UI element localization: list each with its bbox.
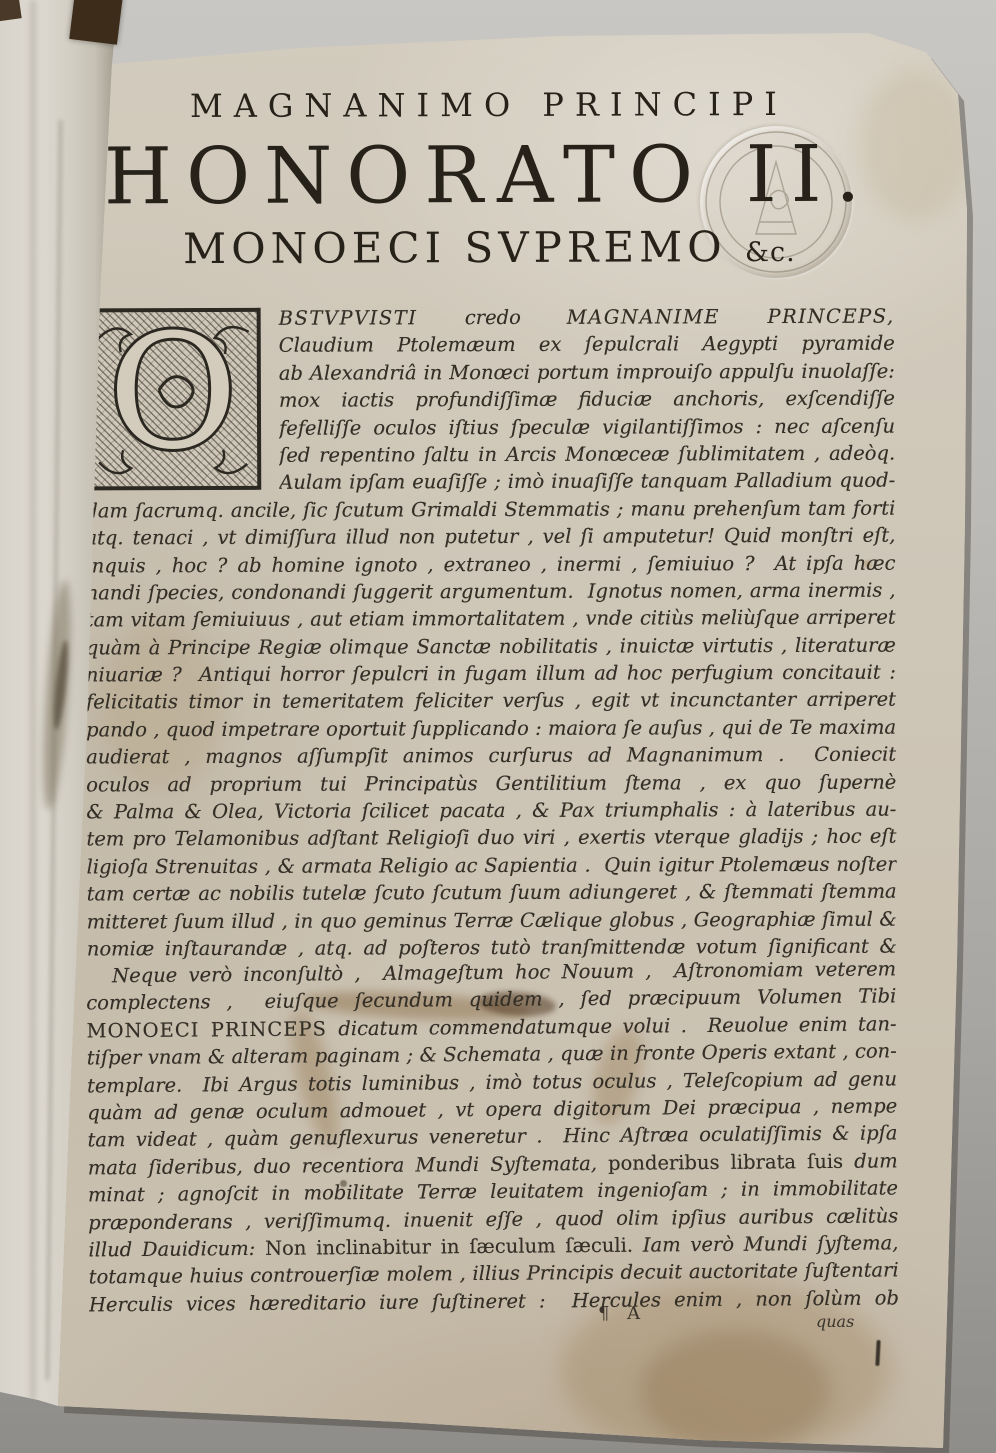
text-block: MAGNANIMO PRINCIPI HONORATO II. MONOECI … [84,85,898,1319]
paragraph: O BSTVPVISTI credo MAGNANIME PRINCEPS,Cl… [85,303,897,963]
text-line: fefelliſſe oculos iſtius ſpeculæ vigilan… [279,412,895,442]
text-segment: Claudium Ptolemæum ex ſepulcrali Aegypti… [279,332,895,360]
ink-mark [875,1340,880,1366]
text-segment: quàm à Principe Regiæ olimque Sanctæ nob… [86,633,896,661]
text-line: dam ſacrumq. ancile, ſic ſcutum Grimaldi… [85,494,895,524]
paragraph: Neque verò inconſultò , Almageſtum hoc N… [86,956,899,1319]
text-segment: nandi ſpecies, condonandi ſuggerit argum… [86,578,896,606]
body-text: O BSTVPVISTI credo MAGNANIME PRINCEPS,Cl… [85,303,899,1319]
text-segment: audierat , magnos aſſumpſit animos curſu… [86,743,896,771]
drop-cap-letter: O [108,314,238,472]
book-photo: MAGNANIMO PRINCIPI HONORATO II. MONOECI … [0,0,996,1453]
text-segment: dicatum commendatumque volui . Reuolue e… [338,1013,896,1041]
text-line: inquis , hoc ? ab homine ignoto , extran… [85,549,895,579]
dedication-title-line1: MAGNANIMO PRINCIPI [84,85,894,126]
text-segment: credo [465,306,567,329]
text-segment: atq. tenaci , vt dimiſſura illud non put… [85,524,895,550]
text-line: quàm à Principe Regiæ olimque Sanctæ nob… [86,631,896,661]
text-segment: MAGNANIME PRINCEPS, [567,305,895,329]
text-line: niuariæ ? Antiqui horror ſepulcri in fug… [86,659,896,689]
text-line: mitteret ſuum illud , in quo geminus Ter… [87,905,897,935]
binding-spine-corner [69,0,122,45]
text-segment: Non inclinabitur in ſæculum ſæculi. [265,1234,643,1260]
woodcut-drop-cap: O [85,308,262,491]
text-line: Claudium Ptolemæum ex ſepulcrali Aegypti… [279,330,895,360]
dedication-title-line2: HONORATO II. [84,133,894,220]
text-segment: mitteret ſuum illud , in quo geminus Ter… [87,907,897,935]
text-line: felicitatis timor in temeritatem felicit… [86,686,896,716]
text-segment: niuariæ ? Antiqui horror ſepulcri in fug… [86,661,896,689]
paper-crease [30,0,36,1400]
dedication-title-line3: MONOECI SVPREMO &c. [84,223,894,280]
binding-spine-corner [0,0,22,22]
text-segment: Iam verò Mundi ſyſtema, [643,1232,899,1257]
text-line: mox iactis profundiſſimæ fiduciæ anchori… [279,385,895,415]
text-segment: tam vitam ſemiuiuus , aut etiam immortal… [86,606,896,634]
text-segment: oculos ad proprium tui Principatùs Genti… [86,770,896,798]
text-segment: & Palma & Olea, Victoria ſcilicet pacata… [86,798,896,824]
title-line3-main: MONOECI SVPREMO [183,222,727,273]
text-line: BSTVPVISTI credo MAGNANIME PRINCEPS, [279,303,895,333]
text-segment: Herculis vices hæreditario iure ſuſtiner… [89,1286,899,1319]
title-line3-etc: &c. [745,237,796,268]
text-line: audierat , magnos aſſumpſit animos curſu… [86,741,896,771]
text-segment: mata ſideribus, duo recentiora Mundi Syſ… [88,1152,609,1180]
text-line: pando , quod impetrare oportuit ſupplica… [86,713,896,743]
text-segment: ab Alexandriâ in Monœci portum improuiſo… [279,359,895,384]
text-segment: illud Dauidicum: [88,1237,265,1262]
text-segment: fefelliſſe oculos iſtius ſpeculæ vigilan… [279,414,895,442]
text-segment: inquis , hoc ? ab homine ignoto , extran… [85,551,895,579]
book-page: MAGNANIMO PRINCIPI HONORATO II. MONOECI … [0,0,996,1453]
stain [640,1330,830,1450]
text-segment: BSTVPVISTI [279,306,465,330]
text-segment: tam certæ ac nobilis tutelæ ſcuto ſcutum… [87,880,897,908]
text-segment: tem pro Telamonibus adſtant Religioſi du… [86,825,896,853]
text-segment: MONOECI PRINCEPS [86,1017,338,1042]
text-line: tem pro Telamonibus adſtant Religioſi du… [86,823,896,853]
text-segment: ligioſa Strenuitas , & armata Religio ac… [87,852,897,878]
text-line: atq. tenaci , vt dimiſſura illud non put… [85,522,895,552]
text-line: ligioſa Strenuitas , & armata Religio ac… [87,850,897,880]
text-segment: felicitatis timor in temeritatem felicit… [86,688,896,716]
text-line: tam vitam ſemiuiuus , aut etiam immortal… [86,604,896,634]
text-line: ſed repentino ſaltu in Arcis Monœceæ ſub… [279,440,895,470]
text-segment: pando , quod impetrare oportuit ſupplica… [86,715,896,741]
text-segment: mox iactis profundiſſimæ fiduciæ anchori… [279,387,895,415]
text-line: nandi ſpecies, condonandi ſuggerit argum… [86,576,896,606]
text-line: & Palma & Olea, Victoria ſcilicet pacata… [86,796,896,826]
text-line: tam certæ ac nobilis tutelæ ſcuto ſcutum… [87,878,897,908]
text-line: Aulam ipſam euaſiſſe ; imò inuaſiſſe tan… [279,467,895,497]
text-segment: dam ſacrumq. ancile, ſic ſcutum Grimaldi… [85,496,895,522]
text-segment: ſed repentino ſaltu in Arcis Monœceæ ſub… [279,442,895,470]
text-segment: Aulam ipſam euaſiſſe ; imò inuaſiſſe tan… [279,469,895,494]
text-line: oculos ad proprium tui Principatùs Genti… [86,768,896,798]
text-line: ab Alexandriâ in Monœci portum improuiſo… [279,357,895,387]
text-line: Herculis vices hæreditario iure ſuſtiner… [89,1284,899,1318]
text-segment: ponderibus librata ſuis [608,1150,854,1175]
